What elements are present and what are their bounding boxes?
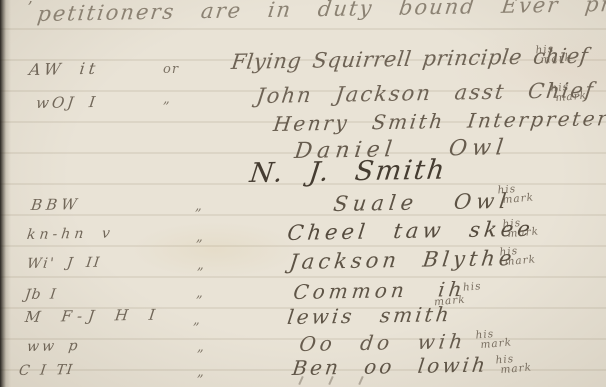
his-mark-annotation: his (463, 281, 482, 293)
signature-name: Oo do wih (298, 329, 468, 356)
signature-name: Henry Smith Interpreter (272, 106, 606, 136)
ditto-mark: „ (196, 286, 204, 301)
ditto-mark: „ (196, 230, 204, 245)
syllabary-signature: C I TI (18, 362, 74, 379)
his-mark-annotation: hismark (499, 244, 536, 267)
syllabary-signature: BBW (30, 195, 82, 214)
his-mark-annotation: hismark (550, 80, 587, 103)
his-mark-line: mark (504, 254, 536, 267)
signature-name: lewis smith (286, 302, 453, 329)
his-mark-annotation: hismark (475, 327, 512, 350)
syllabary-signature: M F-J H I (24, 306, 162, 326)
his-mark-line: mark (434, 294, 467, 309)
syllabary-signature: AW it (28, 59, 100, 79)
his-mark-annotation: hismark (495, 352, 532, 375)
signature-name: John Jackson asst Chief (255, 78, 596, 108)
ditto-mark: „ (193, 313, 201, 328)
signature-name: N. J. Smith (248, 155, 448, 189)
ditto-mark: „ (195, 199, 203, 214)
syllabary-signature: kn-hn v (26, 225, 115, 243)
ditto-mark: „ (197, 365, 205, 380)
his-mark-line: mark (555, 90, 587, 103)
his-mark-annotation: hismark (497, 182, 534, 205)
his-mark-line: mark (540, 52, 572, 65)
his-mark-line: mark (507, 226, 539, 239)
ditto-mark: „ (197, 258, 205, 273)
manuscript-page: ʼ petitioners are in duty bound Ever pra… (0, 0, 606, 387)
ink-stroke (328, 376, 333, 385)
stray-ink-mark: ʼ (27, 0, 32, 17)
ditto-mark: „ (197, 340, 205, 355)
his-mark-line: his (463, 280, 482, 294)
his-mark-annotation: mark (434, 295, 466, 308)
ink-stroke (358, 376, 363, 385)
his-mark-annotation: hismark (502, 216, 539, 239)
syllabary-signature: Wi' J II (26, 255, 102, 272)
signature-name: Suale Owl (332, 189, 513, 216)
his-mark-line: mark (500, 362, 532, 375)
syllabary-signature: wOJ I (35, 93, 99, 112)
his-mark-annotation: hismark (535, 42, 572, 65)
ditto-mark: or (163, 62, 179, 77)
ink-stroke (298, 376, 303, 385)
signature-name: Jackson Blythe (288, 246, 517, 274)
ditto-mark: „ (163, 92, 171, 107)
syllabary-signature: Jb I (24, 286, 58, 303)
syllabary-signature: ww p (26, 338, 81, 355)
partial-next-line (300, 370, 390, 387)
petition-closing-line: petitioners are in duty bound Ever pray (36, 0, 606, 26)
signature-name: Cheel taw skee (286, 217, 535, 245)
his-mark-line: mark (480, 337, 512, 350)
his-mark-line: mark (502, 192, 534, 205)
